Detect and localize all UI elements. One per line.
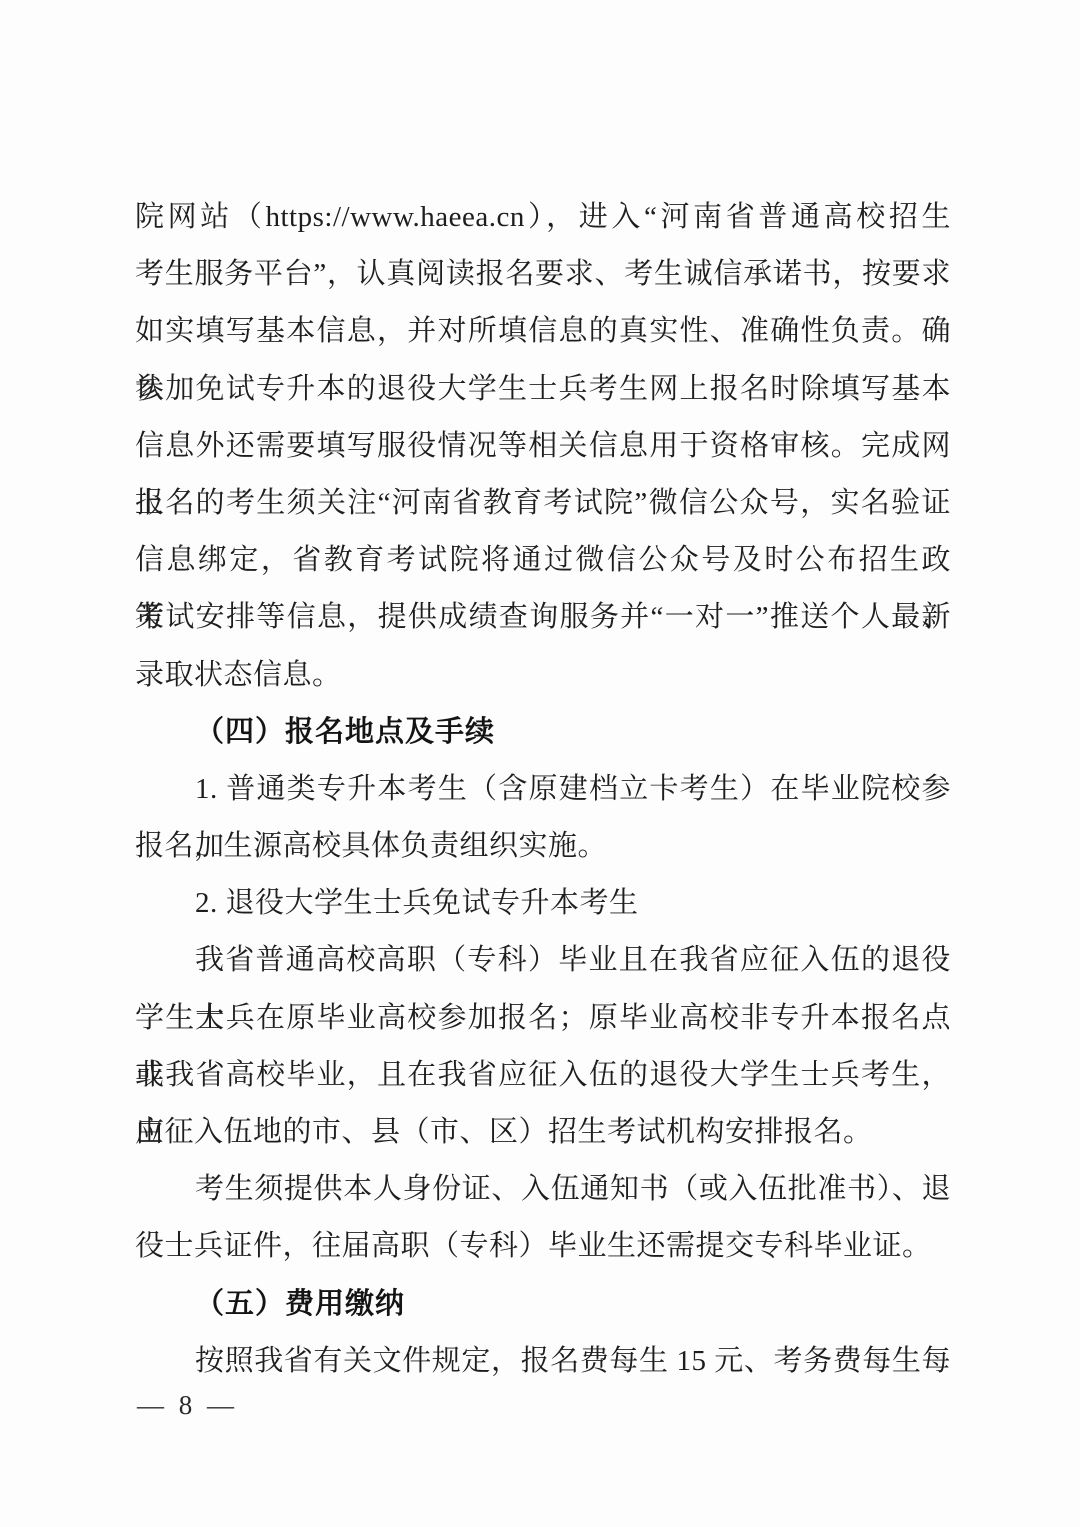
- text-line: 1. 普通类专升本考生（含原建档立卡考生）在毕业院校参加: [135, 761, 951, 818]
- text-line: 考生服务平台”，认真阅读报名要求、考生诚信承诺书，按要求: [135, 246, 951, 303]
- text-line: 院网站（https://www.haeea.cn），进入“河南省普通高校招生: [135, 189, 951, 246]
- text-line: 按照我省有关文件规定，报名费每生 15 元、考务费每生每: [135, 1333, 951, 1390]
- text-line: 报名，生源高校具体负责组织实施。: [135, 818, 951, 875]
- text-line: 应征入伍地的市、县（市、区）招生考试机构安排报名。: [135, 1104, 951, 1161]
- text-line: 考试安排等信息，提供成绩查询服务并“一对一”推送个人最新: [135, 589, 951, 646]
- text-line: 非我省高校毕业，且在我省应征入伍的退役大学生士兵考生，由: [135, 1047, 951, 1104]
- text-line: 役士兵证件，往届高职（专科）毕业生还需提交专科毕业证。: [135, 1218, 951, 1275]
- text-line: 如实填写基本信息，并对所填信息的真实性、准确性负责。确认: [135, 303, 951, 360]
- text-line: 学生士兵在原毕业高校参加报名；原毕业高校非专升本报名点或: [135, 990, 951, 1047]
- page-number: — 8 —: [137, 1390, 238, 1421]
- section-heading-4: （四）报名地点及手续: [135, 704, 951, 761]
- document-page: 院网站（https://www.haeea.cn），进入“河南省普通高校招生 考…: [0, 0, 1080, 1527]
- text-line: 我省普通高校高职（专科）毕业且在我省应征入伍的退役大: [135, 932, 951, 989]
- text-line: 信息绑定，省教育考试院将通过微信公众号及时公布招生政策、: [135, 532, 951, 589]
- text-line: 参加免试专升本的退役大学生士兵考生网上报名时除填写基本: [135, 361, 951, 418]
- section-heading-5: （五）费用缴纳: [135, 1276, 951, 1333]
- text-line: 录取状态信息。: [135, 647, 951, 704]
- text-line: 2. 退役大学生士兵免试专升本考生: [135, 875, 951, 932]
- text-line: 报名的考生须关注“河南省教育考试院”微信公众号，实名验证: [135, 475, 951, 532]
- document-text-block: 院网站（https://www.haeea.cn），进入“河南省普通高校招生 考…: [135, 189, 951, 1390]
- text-line: 考生须提供本人身份证、入伍通知书（或入伍批准书）、退: [135, 1161, 951, 1218]
- text-line: 信息外还需要填写服役情况等相关信息用于资格审核。完成网上: [135, 418, 951, 475]
